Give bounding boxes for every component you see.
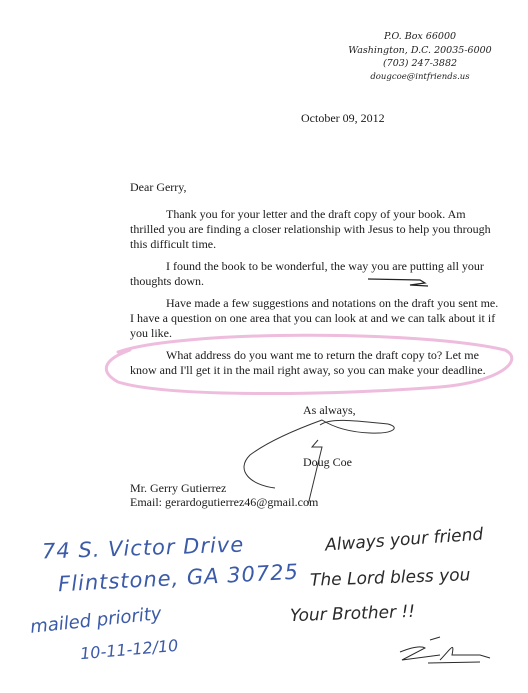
letterhead-city: Washington, D.C. 20035-6000	[330, 44, 510, 58]
signer-name: Doug Coe	[303, 455, 352, 470]
handwritten-note-line-3: Your Brother !!	[290, 602, 416, 626]
handwritten-mailed-note: mailed priority	[29, 603, 162, 638]
recipient-email: Email: gerardogutierrez46@gmail.com	[130, 495, 318, 509]
letter-date: October 09, 2012	[301, 111, 385, 126]
salutation: Dear Gerry,	[130, 180, 187, 195]
recipient-block: Mr. Gerry Gutierrez Email: gerardogutier…	[130, 481, 318, 509]
handwritten-address-line-1: 74 S. Victor Drive	[42, 532, 245, 563]
closing: As always,	[303, 403, 356, 418]
handwritten-note-line-1: Always your friend	[324, 525, 483, 556]
handwritten-mailed-date: 10-11-12/10	[79, 636, 179, 664]
paragraph-2: I found the book to be wonderful, the wa…	[130, 259, 500, 289]
handwritten-note-line-2: The Lord bless you	[310, 565, 471, 591]
paragraph-1: Thank you for your letter and the draft …	[130, 207, 500, 252]
handwritten-address-line-2: Flintstone, GA 30725	[58, 560, 300, 597]
letterhead-email: dougcoe@intfriends.us	[330, 71, 510, 85]
recipient-name: Mr. Gerry Gutierrez	[130, 481, 318, 495]
letterhead: P.O. Box 66000 Washington, D.C. 20035-60…	[330, 30, 510, 84]
paragraph-3: Have made a few suggestions and notation…	[130, 296, 500, 341]
signature-initials	[400, 637, 490, 663]
paragraph-4: What address do you want me to return th…	[130, 348, 500, 378]
letterhead-phone: (703) 247-3882	[330, 57, 510, 71]
letterhead-po-box: P.O. Box 66000	[330, 30, 510, 44]
